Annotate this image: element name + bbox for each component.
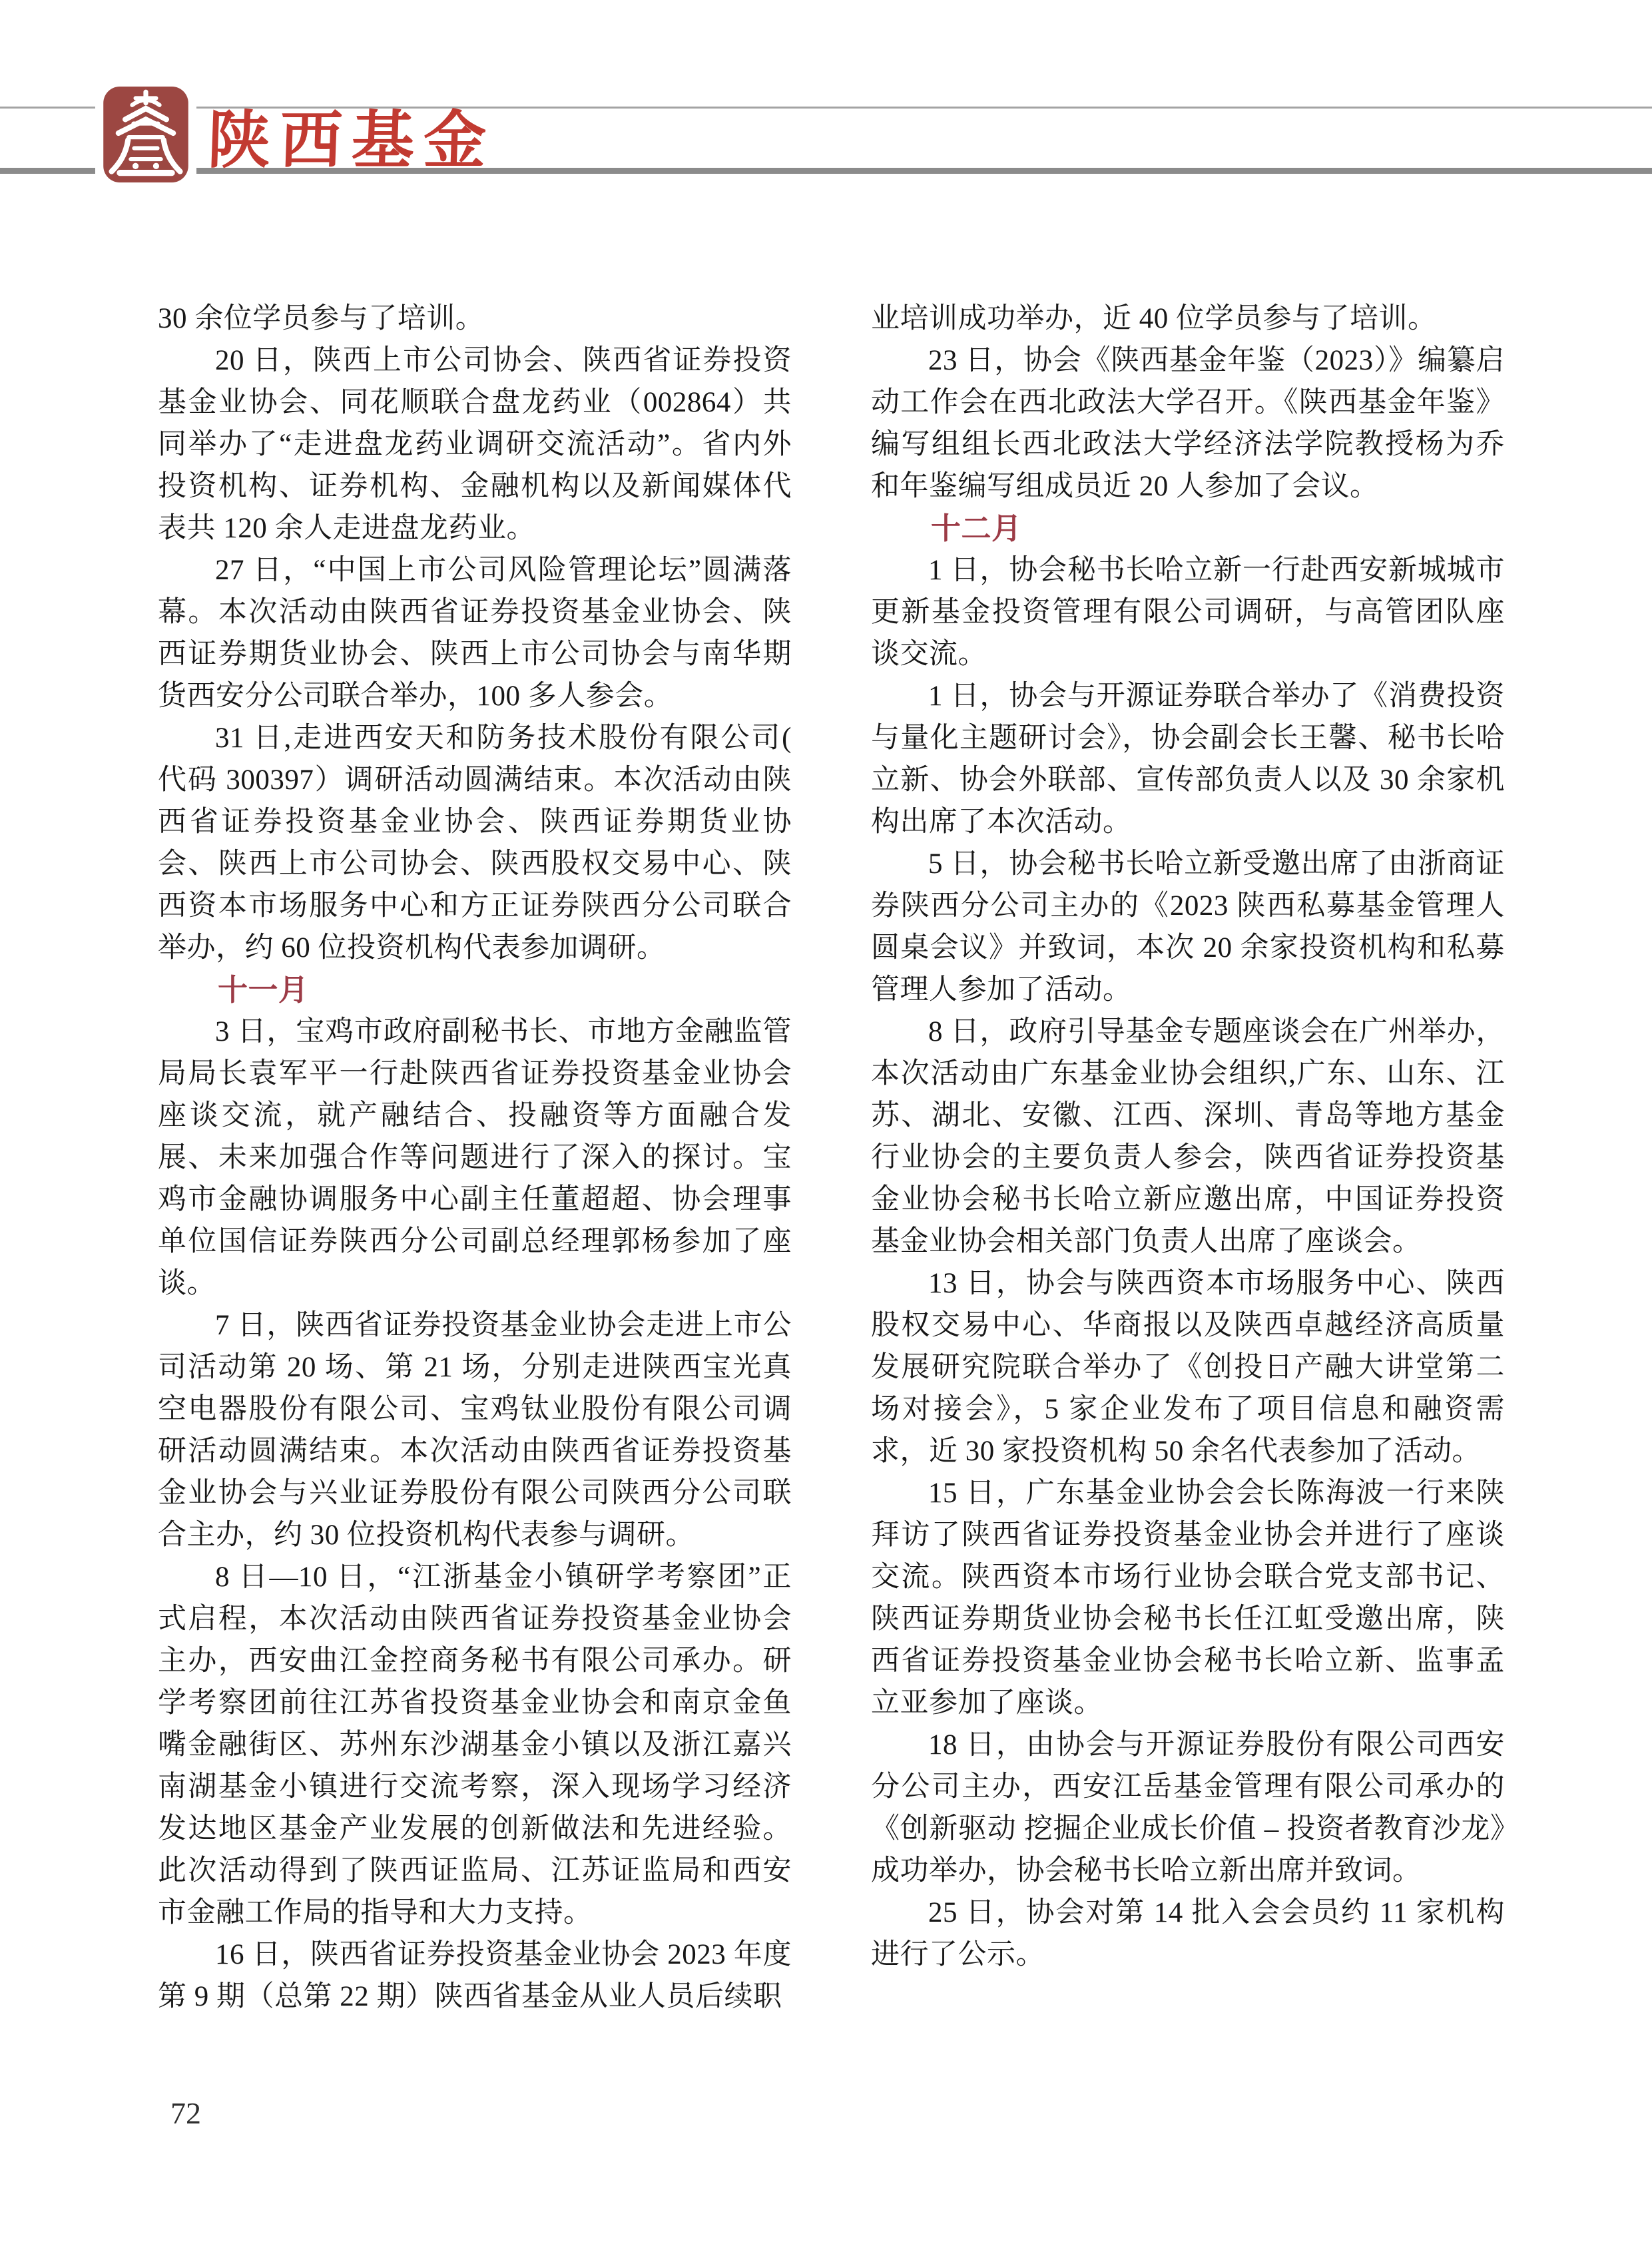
paragraph: 31 日,走进西安天和防务技术股份有限公司( 代码 300397）调研活动圆满结… — [158, 717, 792, 969]
pagoda-gold-seal-icon — [103, 87, 188, 186]
month-heading-november: 十一月 — [158, 969, 792, 1011]
paragraph: 7 日，陕西省证券投资基金业协会走进上市公司活动第 20 场、第 21 场，分别… — [158, 1304, 792, 1556]
paragraph: 30 余位学员参与了培训。 — [158, 298, 792, 340]
paragraph: 8 日，政府引导基金专题座谈会在广州举办，本次活动由广东基金业协会组织,广东、山… — [871, 1011, 1505, 1262]
magazine-title: 陕西基金 — [206, 101, 497, 181]
logo-seal-wrap — [95, 83, 196, 189]
paragraph: 15 日，广东基金业协会会长陈海波一行来陕拜访了陕西省证券投资基金业协会并进行了… — [871, 1472, 1505, 1724]
paragraph: 27 日，“中国上市公司风险管理论坛”圆满落幕。本次活动由陕西省证券投资基金业协… — [158, 549, 792, 717]
paragraph: 25 日，协会对第 14 批入会会员约 11 家机构进行了公示。 — [871, 1892, 1505, 1976]
yearbook-page: 陕西基金 30 余位学员参与了培训。 20 日，陕西上市公司协会、陕西省证券投资… — [0, 0, 1652, 2242]
paragraph: 13 日，协会与陕西资本市场服务中心、陕西股权交易中心、华商报以及陕西卓越经济高… — [871, 1262, 1505, 1472]
paragraph: 1 日，协会与开源证券联合举办了《消费投资与量化主题研讨会》，协会副会长王馨、秘… — [871, 675, 1505, 843]
paragraph: 20 日，陕西上市公司协会、陕西省证券投资基金业协会、同花顺联合盘龙药业（002… — [158, 340, 792, 549]
paragraph: 5 日，协会秘书长哈立新受邀出席了由浙商证券陕西分公司主办的《2023 陕西私募… — [871, 843, 1505, 1011]
left-column: 30 余位学员参与了培训。 20 日，陕西上市公司协会、陕西省证券投资基金业协会… — [158, 298, 792, 2018]
month-heading-december: 十二月 — [871, 507, 1505, 549]
paragraph: 23 日，协会《陕西基金年鉴（2023）》编纂启动工作会在西北政法大学召开。《陕… — [871, 340, 1505, 507]
paragraph: 3 日，宝鸡市政府副秘书长、市地方金融监管局局长袁军平一行赴陕西省证券投资基金业… — [158, 1011, 792, 1304]
paragraph: 1 日，协会秘书长哈立新一行赴西安新城城市更新基金投资管理有限公司调研，与高管团… — [871, 549, 1505, 675]
paragraph: 16 日，陕西省证券投资基金业协会 2023 年度第 9 期（总第 22 期）陕… — [158, 1934, 792, 2018]
page-number: 72 — [170, 2096, 201, 2131]
paragraph: 业培训成功举办，近 40 位学员参与了培训。 — [871, 298, 1505, 340]
paragraph: 8 日—10 日，“江浙基金小镇研学考察团”正式启程，本次活动由陕西省证券投资基… — [158, 1556, 792, 1934]
right-column: 业培训成功举办，近 40 位学员参与了培训。 23 日，协会《陕西基金年鉴（20… — [871, 298, 1505, 1976]
paragraph: 18 日，由协会与开源证券股份有限公司西安分公司主办，西安江岳基金管理有限公司承… — [871, 1724, 1505, 1892]
